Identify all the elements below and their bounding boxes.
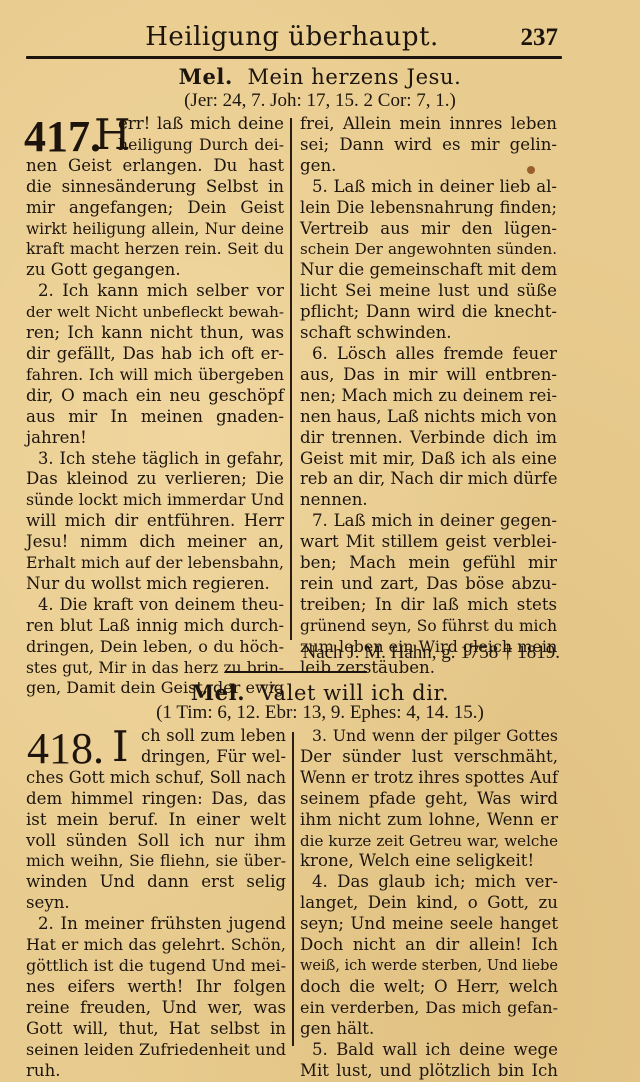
verse-line: fahren. Ich will mich übergeben bbox=[26, 365, 284, 386]
verse-line: seyn. bbox=[26, 893, 286, 914]
verse-line: heiligung Durch dei- bbox=[26, 135, 284, 156]
verse-line: nes eifers werth! Ihr folgen bbox=[26, 977, 286, 998]
verse-line: Mit lust, und plötzlich bin Ich bbox=[300, 1061, 558, 1082]
verse-line: Vertreib aus mir den lügen- bbox=[300, 219, 557, 240]
verse-line: langet, Dein kind, o Gott, zu bbox=[300, 893, 558, 914]
running-header: Heiligung überhaupt. 237 bbox=[26, 18, 558, 54]
verse-line: nen Geist erlangen. Du hast bbox=[26, 156, 284, 177]
verse-line: ihm nicht zum lohne, Wenn er bbox=[300, 810, 558, 831]
verse-line: 7. Laß mich in deiner gegen- bbox=[300, 511, 557, 532]
verse-line: Doch nicht an dir allein! Ich bbox=[300, 935, 558, 956]
verse-line: Nur du wollst mich regieren. bbox=[26, 574, 284, 595]
verse-line: treiben; In dir laß mich stets bbox=[300, 595, 557, 616]
verse-line: seinen leiden Zufriedenheit und bbox=[26, 1040, 286, 1061]
verse-line: nennen. bbox=[300, 490, 557, 511]
verse-line: ein verderben, Das mich gefan- bbox=[300, 998, 558, 1019]
verse-line: Jesu! nimm dich meiner an, bbox=[26, 532, 284, 553]
verse-line: krone, Welch eine seligkeit! bbox=[300, 851, 558, 872]
verse-line: dringen, Dein leben, o du höch- bbox=[26, 637, 284, 658]
melody-label: Mel. bbox=[179, 64, 233, 89]
verse-line: nen haus, Laß nichts mich von bbox=[300, 407, 557, 428]
hymn-417-melody: Mel. Mein herzens Jesu. bbox=[0, 64, 640, 89]
verse-line: dem himmel ringen: Das, das bbox=[26, 789, 286, 810]
hymn-418-left-column: ch soll zum leben dringen, Für wel- ches… bbox=[26, 726, 286, 1081]
verse-line: mich weihn, Sie fliehn, sie über- bbox=[26, 851, 286, 872]
verse-line: nen; Mach mich zu deinem rei- bbox=[300, 386, 557, 407]
verse-line: Der sünder lust verschmäht, bbox=[300, 747, 558, 768]
verse-line: 2. In meiner frühsten jugend bbox=[26, 914, 286, 935]
verse-line: dir, O mach ein neu geschöpf bbox=[26, 386, 284, 407]
hymn-417-references: (Jer: 24, 7. Joh: 17, 15. 2 Cor: 7, 1.) bbox=[0, 90, 640, 112]
verse-line: die kurze zeit Getreu war, welche bbox=[300, 831, 558, 852]
verse-line: zu Gott gegangen. bbox=[26, 260, 284, 281]
verse-line: Geist mit mir, Daß ich als eine bbox=[300, 449, 557, 470]
verse-line: 2. Ich kann mich selber vor bbox=[26, 281, 284, 302]
running-title: Heiligung überhaupt. bbox=[26, 22, 558, 52]
hymn-417-attribution: Nach J. M. Hahn, g. 1758 † 1819. bbox=[302, 642, 560, 664]
verse-line: reb an dir, Nach dir mich dürfe bbox=[300, 469, 557, 490]
verse-line: err! laß mich deine bbox=[26, 114, 284, 135]
page-number: 237 bbox=[521, 24, 559, 52]
verse-line: ist mein beruf. In einer welt bbox=[26, 810, 286, 831]
hymn-417-right-column: frei, Allein mein innres leben sei; Dann… bbox=[300, 114, 557, 678]
hymn-418-references: (1 Tim: 6, 12. Ebr: 13, 9. Ephes: 4, 14.… bbox=[0, 702, 640, 724]
melody-name: Mein herzens Jesu. bbox=[247, 65, 461, 89]
verse-line: stes gut, Mir in das herz zu brin- bbox=[26, 658, 284, 679]
verse-line: reine freuden, Und wer, was bbox=[26, 998, 286, 1019]
verse-line: will mich dir entführen. Herr bbox=[26, 511, 284, 532]
header-rule bbox=[26, 56, 562, 59]
verse-line: schein Der angewohnten sünden. bbox=[300, 239, 557, 260]
verse-line: gen. bbox=[300, 156, 557, 177]
verse-line: 4. Das glaub ich; mich ver- bbox=[300, 872, 558, 893]
verse-line: doch die welt; O Herr, welch bbox=[300, 977, 558, 998]
hymnal-page: Heiligung überhaupt. 237 Mel. Mein herze… bbox=[0, 0, 640, 1082]
verse-line: Wenn er trotz ihres spottes Auf bbox=[300, 768, 558, 789]
verse-line: ch soll zum leben bbox=[26, 726, 286, 747]
verse-line: Das kleinod zu verlieren; Die bbox=[26, 469, 284, 490]
verse-line: göttlich ist die tugend Und mei- bbox=[26, 956, 286, 977]
verse-line: ren blut Laß innig mich durch- bbox=[26, 616, 284, 637]
verse-line: frei, Allein mein innres leben bbox=[300, 114, 557, 135]
verse-line: ben; Mach mein gefühl mir bbox=[300, 553, 557, 574]
column-divider bbox=[292, 732, 294, 1046]
verse-line: jahren! bbox=[26, 428, 284, 449]
verse-line: ches Gott mich schuf, Soll nach bbox=[26, 768, 286, 789]
verse-line: seinem pfade geht, Was wird bbox=[300, 789, 558, 810]
verse-line: weiß, ich werde sterben, Und liebe bbox=[300, 956, 558, 977]
verse-line: licht Sei meine lust und süße bbox=[300, 281, 557, 302]
verse-line: 5. Bald wall ich deine wege bbox=[300, 1040, 558, 1061]
verse-line: 4. Die kraft von deinem theu- bbox=[26, 595, 284, 616]
verse-line: gen hält. bbox=[300, 1019, 558, 1040]
verse-line: 6. Lösch alles fremde feuer bbox=[300, 344, 557, 365]
verse-line: voll sünden Soll ich nur ihm bbox=[26, 831, 286, 852]
verse-line: Erhalt mich auf der lebensbahn, bbox=[26, 553, 284, 574]
verse-line: lein Die lebensnahrung finden; bbox=[300, 198, 557, 219]
section-rule bbox=[225, 671, 367, 673]
verse-line: mir angefangen; Dein Geist bbox=[26, 198, 284, 219]
paper-stain bbox=[527, 166, 535, 174]
verse-line: dir gefällt, Das hab ich oft er- bbox=[26, 344, 284, 365]
verse-line: Nur die gemeinschaft mit dem bbox=[300, 260, 557, 281]
verse-line: aus mir In meinen gnaden- bbox=[26, 407, 284, 428]
verse-line: sünde lockt mich immerdar Und bbox=[26, 490, 284, 511]
verse-line: die sinnesänderung Selbst in bbox=[26, 177, 284, 198]
verse-line: ren; Ich kann nicht thun, was bbox=[26, 323, 284, 344]
verse-line: dringen, Für wel- bbox=[26, 747, 286, 768]
verse-line: wart Mit stillem geist verblei- bbox=[300, 532, 557, 553]
hymn-417-left-column: err! laß mich deine heiligung Durch dei-… bbox=[26, 114, 284, 699]
verse-line: rein und zart, Das böse abzu- bbox=[300, 574, 557, 595]
verse-line: aus, Das in mir will entbren- bbox=[300, 365, 557, 386]
hymn-418-right-column: 3. Und wenn der pilger Gottes Der sünder… bbox=[300, 726, 558, 1081]
verse-line: sei; Dann wird es mir gelin- bbox=[300, 135, 557, 156]
verse-line: seyn; Und meine seele hanget bbox=[300, 914, 558, 935]
verse-line: 5. Laß mich in deiner lieb al- bbox=[300, 177, 557, 198]
column-divider bbox=[290, 118, 292, 640]
verse-line: der welt Nicht unbefleckt bewah- bbox=[26, 302, 284, 323]
verse-line: Gott will, thut, Hat selbst in bbox=[26, 1019, 286, 1040]
verse-line: Hat er mich das gelehrt. Schön, bbox=[26, 935, 286, 956]
verse-line: grünend seyn, So führst du mich bbox=[300, 616, 557, 637]
verse-line: dir trennen. Verbinde dich im bbox=[300, 428, 557, 449]
verse-line: kraft macht herzen rein. Seit du bbox=[26, 239, 284, 260]
verse-line: winden Und dann erst selig bbox=[26, 872, 286, 893]
verse-line: pflicht; Dann wird die knecht- bbox=[300, 302, 557, 323]
verse-line: 3. Und wenn der pilger Gottes bbox=[300, 726, 558, 747]
verse-line: ruh. bbox=[26, 1061, 286, 1082]
verse-line: 3. Ich stehe täglich in gefahr, bbox=[26, 449, 284, 470]
verse-line: wirkt heiligung allein, Nur deine bbox=[26, 219, 284, 240]
verse-line: schaft schwinden. bbox=[300, 323, 557, 344]
